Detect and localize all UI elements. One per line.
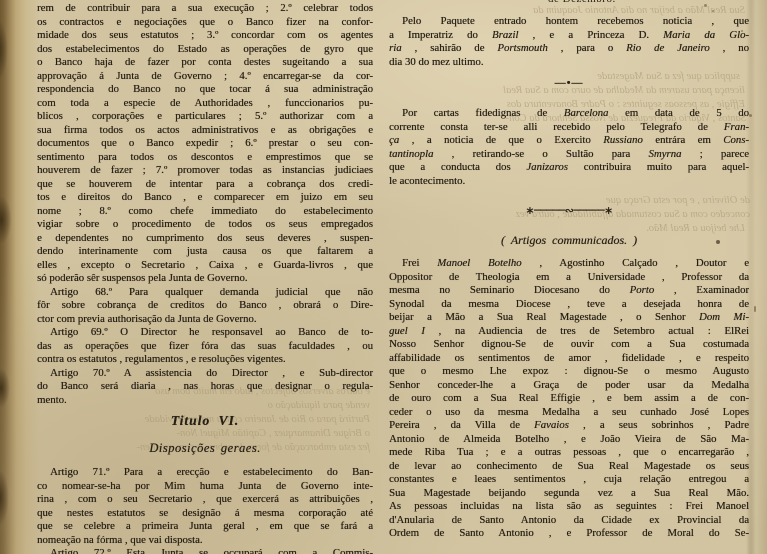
text-line: que a conducta dos Janizaros contribuira… xyxy=(389,161,749,175)
text-line: nome ; 8.º como chefe immediato do estab… xyxy=(37,205,373,219)
binding-stain xyxy=(0,368,10,408)
text-line: mesma no Seminario Diocesano do Porto , … xyxy=(389,284,749,298)
text-line: Artigo 69.º O Director he responsavel ao… xyxy=(37,326,373,340)
scanned-page: e outros diversos objectos , tudo em mui… xyxy=(0,0,767,554)
text-line: Artigo 70.º A assistencia do Director , … xyxy=(37,367,373,381)
text-line: dos estabelecimentos do Estado as operaç… xyxy=(37,43,373,57)
ink-speck xyxy=(716,240,720,244)
text-line: a Imperatriz do Brazil , e a Princeza D.… xyxy=(389,29,749,43)
text-line: rem de contribuir para a sua execução ; … xyxy=(37,2,373,16)
text-line: d'Anularia de Santo Antonio da Cidade ex… xyxy=(389,514,749,528)
text-line: do Banco será diaria , nas horas que des… xyxy=(37,380,373,394)
text-line: dendo interinamente com justa causa os q… xyxy=(37,245,373,259)
text-line: Pereira , da Villa de Favaios , a seus s… xyxy=(389,419,749,433)
text-line: ria , sahirão de Portsmouth , para o Rio… xyxy=(389,42,749,56)
text-line: midade dos seus estatutos ; 3.º concorda… xyxy=(37,29,373,43)
text-line: ctor com previa authorisação da Junta de… xyxy=(37,313,373,327)
text-line: Ordem de Santo Antonio , e Professor de … xyxy=(389,527,749,541)
text-line: nomeação na fórma , que vai disposta. xyxy=(37,534,373,548)
text-line: Artigo 72.º Esta Junta se occupará com a… xyxy=(37,547,373,554)
text-line: mento. xyxy=(37,394,373,408)
text-line: respondencia do Banco no que tocar á sua… xyxy=(37,83,373,97)
text-line: tos e direitos do Banco , e comparecer e… xyxy=(37,191,373,205)
text-line: Por cartas fidedignas de Barcelona em da… xyxy=(389,107,749,121)
section-heading: Disposições geraes. xyxy=(37,441,373,456)
binding-stain xyxy=(0,196,12,244)
text-line: elles , excepto o Secretario , Caixa , e… xyxy=(37,259,373,273)
divider-ornament: —•— xyxy=(389,78,749,91)
text-line: o Banco haja de fazer por conta destes s… xyxy=(37,56,373,70)
text-line: co nomear-se-ha por Mim huma Junta de Go… xyxy=(37,480,373,494)
text-line: corrente consta ter-se alli recebido pel… xyxy=(389,121,749,135)
text-line: Frei Manoel Botelho , Agostinho Calçado … xyxy=(389,257,749,271)
ink-speck xyxy=(749,114,752,117)
text-line: Nosso Senhor dignou-Se de ouvir com a Su… xyxy=(389,338,749,352)
text-line: contra os estatutos , regulamentos , e r… xyxy=(37,353,373,367)
text-line: houverem de fazer ; 7.º promover todas a… xyxy=(37,164,373,178)
text-line: fôr sobre cobrança de creditos do Banco … xyxy=(37,299,373,313)
ink-speck xyxy=(754,306,756,312)
text-line: Artigo 68.º Para qualquer demanda judici… xyxy=(37,286,373,300)
text-line: mede Riba Tua ; e a outras pessoas , que… xyxy=(389,446,749,460)
text-line: Antonio de Almeida Botelho , e João Viei… xyxy=(389,433,749,447)
text-line: vigiar sobre o procedimento de todos os … xyxy=(37,218,373,232)
text-line: os contractos e negociações que o Banco … xyxy=(37,16,373,30)
text-line: Sua Magestade beijando segunda vez a Sua… xyxy=(389,487,749,501)
text-line: affabilidade os sentimentos de amor , fi… xyxy=(389,352,749,366)
text-line: constantes e leaes sentimentos , cuja re… xyxy=(389,473,749,487)
text-line: As pessoas incluidas na lista são as seg… xyxy=(389,500,749,514)
ink-speck xyxy=(741,30,743,32)
text-line: ça , a noticia de que o Exercito Russian… xyxy=(389,134,749,148)
text-line: le acontecimento. xyxy=(389,175,749,189)
text-line: de ouro com a Sua Real Effigie , e bem a… xyxy=(389,392,749,406)
text-line: que o mesmo Lhe expoz : dignou-Se o mesm… xyxy=(389,365,749,379)
text-line: só poderão sêr suspensos pela Junta de G… xyxy=(37,272,373,286)
text-line: approvação á Junta de Governo ; 4.º enca… xyxy=(37,70,373,84)
text-line: tantinopla , retirando-se o Sultão para … xyxy=(389,148,749,162)
right-column: Pelo Paquete entrado hontem recebemos no… xyxy=(389,0,749,541)
section-note: ( Artigos communicados. ) xyxy=(389,233,749,248)
text-line: guel I , na Audiencia de tres de Setembr… xyxy=(389,325,749,339)
binding-stain xyxy=(0,20,8,80)
divider-ornament: ∗─────∾─────∗ xyxy=(389,204,749,219)
text-line: Oppositor de Theologia em a Universidade… xyxy=(389,271,749,285)
text-line: sua firma todos os actos administrativos… xyxy=(37,124,373,138)
ink-speck xyxy=(704,4,707,7)
text-line: rina , com o seu Secretario , que exerce… xyxy=(37,493,373,507)
text-line: blicos , corporações e particulares ; 5.… xyxy=(37,110,373,124)
text-line: Senhor conceder-lhe a Graça de poder usa… xyxy=(389,379,749,393)
text-line: Pelo Paquete entrado hontem recebemos no… xyxy=(389,15,749,29)
text-line: que se celebre a primeira Junta geral , … xyxy=(37,520,373,534)
text-line: com toda a especie de Authoridades , fun… xyxy=(37,97,373,111)
text-line: Synodal da mesma Diocese , teve a deseja… xyxy=(389,298,749,312)
ink-speck xyxy=(712,10,714,12)
text-line: e dependentes no cumprimento dos seus de… xyxy=(37,232,373,246)
text-line: de levar ao conhecimento de Sua Real Mag… xyxy=(389,460,749,474)
text-line: documentos que o Banco expedir ; 6.º pre… xyxy=(37,137,373,151)
section-heading: Titulo VI. xyxy=(37,413,373,429)
text-line: sentimento para todos os descontos e emp… xyxy=(37,151,373,165)
text-line: que se houverem de intentar para a cobra… xyxy=(37,178,373,192)
binding-stain xyxy=(0,470,9,526)
text-line: ceder o uso da mesma Medalha a seu cunha… xyxy=(389,406,749,420)
text-line: dia 30 do mez ultimo. xyxy=(389,56,749,70)
text-line: beijar a Mão a Sua Real Magestade , o Se… xyxy=(389,311,749,325)
text-line: das as operações que fizer fóra das suas… xyxy=(37,340,373,354)
text-line: que nestes estatutos se designão á mesma… xyxy=(37,507,373,521)
text-line: Artigo 71.º Para a erecção e estabelecim… xyxy=(37,466,373,480)
left-column: rem de contribuir para a sua execução ; … xyxy=(37,0,373,554)
